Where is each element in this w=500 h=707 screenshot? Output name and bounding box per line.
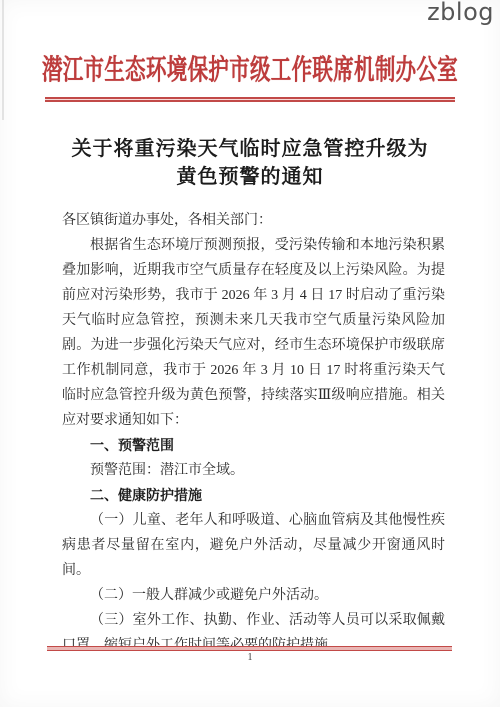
salutation: 各区镇街道办事处，各相关部门：	[62, 208, 445, 233]
footer-divider	[47, 646, 452, 651]
document-page: zblog 潜江市生态环境保护市级工作联席机制办公室 关于将重污染天气临时应急管…	[0, 0, 500, 707]
document-title-line-1: 关于将重污染天气临时应急管控升级为	[0, 135, 500, 163]
document-body: 各区镇街道办事处，各相关部门： 根据省生态环境厅预测预报，受污染传输和本地污染积…	[0, 208, 500, 658]
document-title: 关于将重污染天气临时应急管控升级为 黄色预警的通知	[0, 135, 500, 191]
letterhead: 潜江市生态环境保护市级工作联席机制办公室	[0, 0, 500, 102]
intro-paragraph: 根据省生态环境厅预测预报，受污染传输和本地污染积累叠加影响，近期我市空气质量存在…	[62, 233, 445, 433]
watermark-text: zblog	[427, 0, 494, 26]
document-title-line-2: 黄色预警的通知	[0, 163, 500, 191]
section-1-item-1: 预警范围：潜江市全域。	[62, 458, 445, 483]
section-2-heading: 二、健康防护措施	[62, 483, 445, 508]
issuing-office-name-text: 潜江市生态环境保护市级工作联席机制办公室	[42, 52, 458, 90]
page-number: 1	[0, 652, 500, 664]
section-2-item-1: （一）儿童、老年人和呼吸道、心脑血管病及其他慢性疾病患者尽量留在室内，避免户外活…	[62, 508, 445, 583]
scan-edge-artifact	[2, 0, 4, 120]
issuing-office-name: 潜江市生态环境保护市级工作联席机制办公室	[0, 52, 500, 90]
letterhead-divider	[45, 97, 455, 102]
section-2-item-2: （二）一般人群减少或避免户外活动。	[62, 583, 445, 608]
section-1-heading: 一、预警范围	[62, 433, 445, 458]
